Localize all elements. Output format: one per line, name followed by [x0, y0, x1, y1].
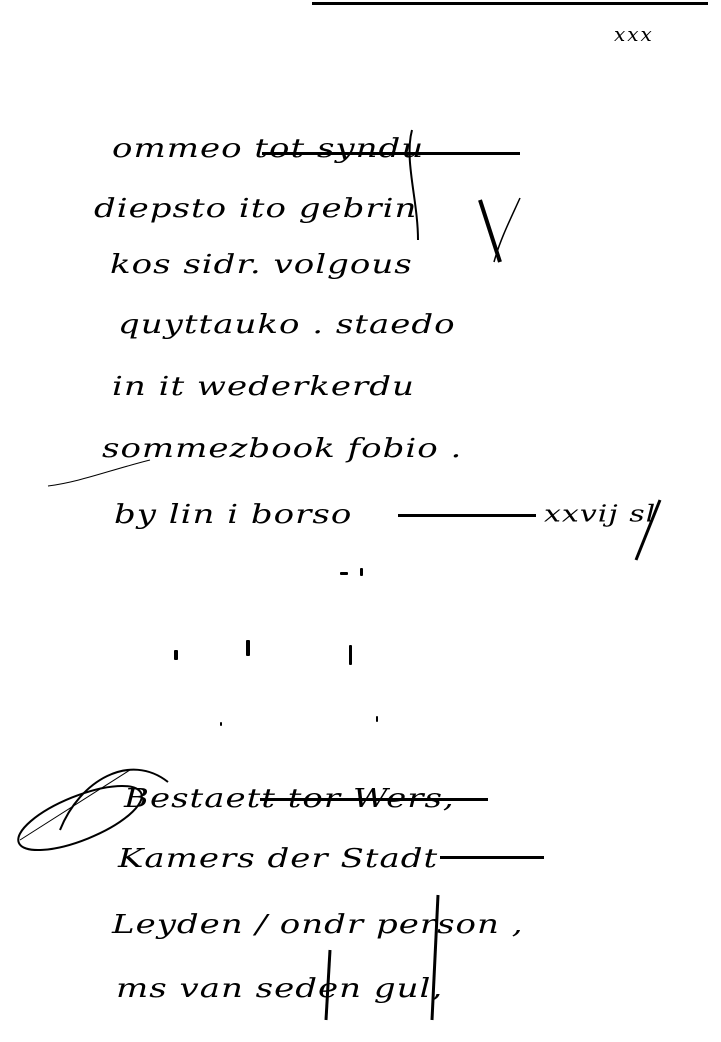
manuscript-line-10: Leyden / ondr person , [112, 909, 524, 940]
ink-speck [360, 568, 363, 576]
ink-speck [246, 640, 250, 656]
manuscript-line-5: in it wederkerdu [112, 371, 415, 402]
manuscript-line-9: Kamers der Stadt [118, 843, 438, 874]
manuscript-line-7: by lin i borso [114, 499, 352, 530]
ink-speck [349, 645, 352, 665]
manuscript-line-1: ommeo tot syndu [112, 133, 424, 164]
page-top-edge-rule [312, 2, 708, 5]
manuscript-line-2: diepsto ito gebrin [94, 193, 417, 224]
line-extension-stroke [440, 856, 544, 859]
line-extension-stroke [260, 798, 488, 801]
ink-speck [340, 572, 348, 575]
ink-speck [174, 650, 178, 660]
marginal-reference: xxvij sl [544, 499, 656, 530]
line-extension-stroke [262, 152, 520, 155]
manuscript-line-4: quyttauko . staedo [118, 309, 456, 340]
ink-speck [220, 722, 222, 726]
ink-speck [376, 716, 378, 722]
folio-number: xxx [614, 22, 654, 46]
manuscript-line-11: ms van seden gul, [116, 973, 443, 1004]
manuscript-page: xxx ommeo tot syndu diepsto ito gebrin k… [0, 0, 721, 1042]
manuscript-line-3: kos sidr. volgous [110, 249, 413, 280]
line-filler-stroke [398, 514, 536, 517]
manuscript-line-6: sommezbook fobio . [102, 433, 462, 464]
